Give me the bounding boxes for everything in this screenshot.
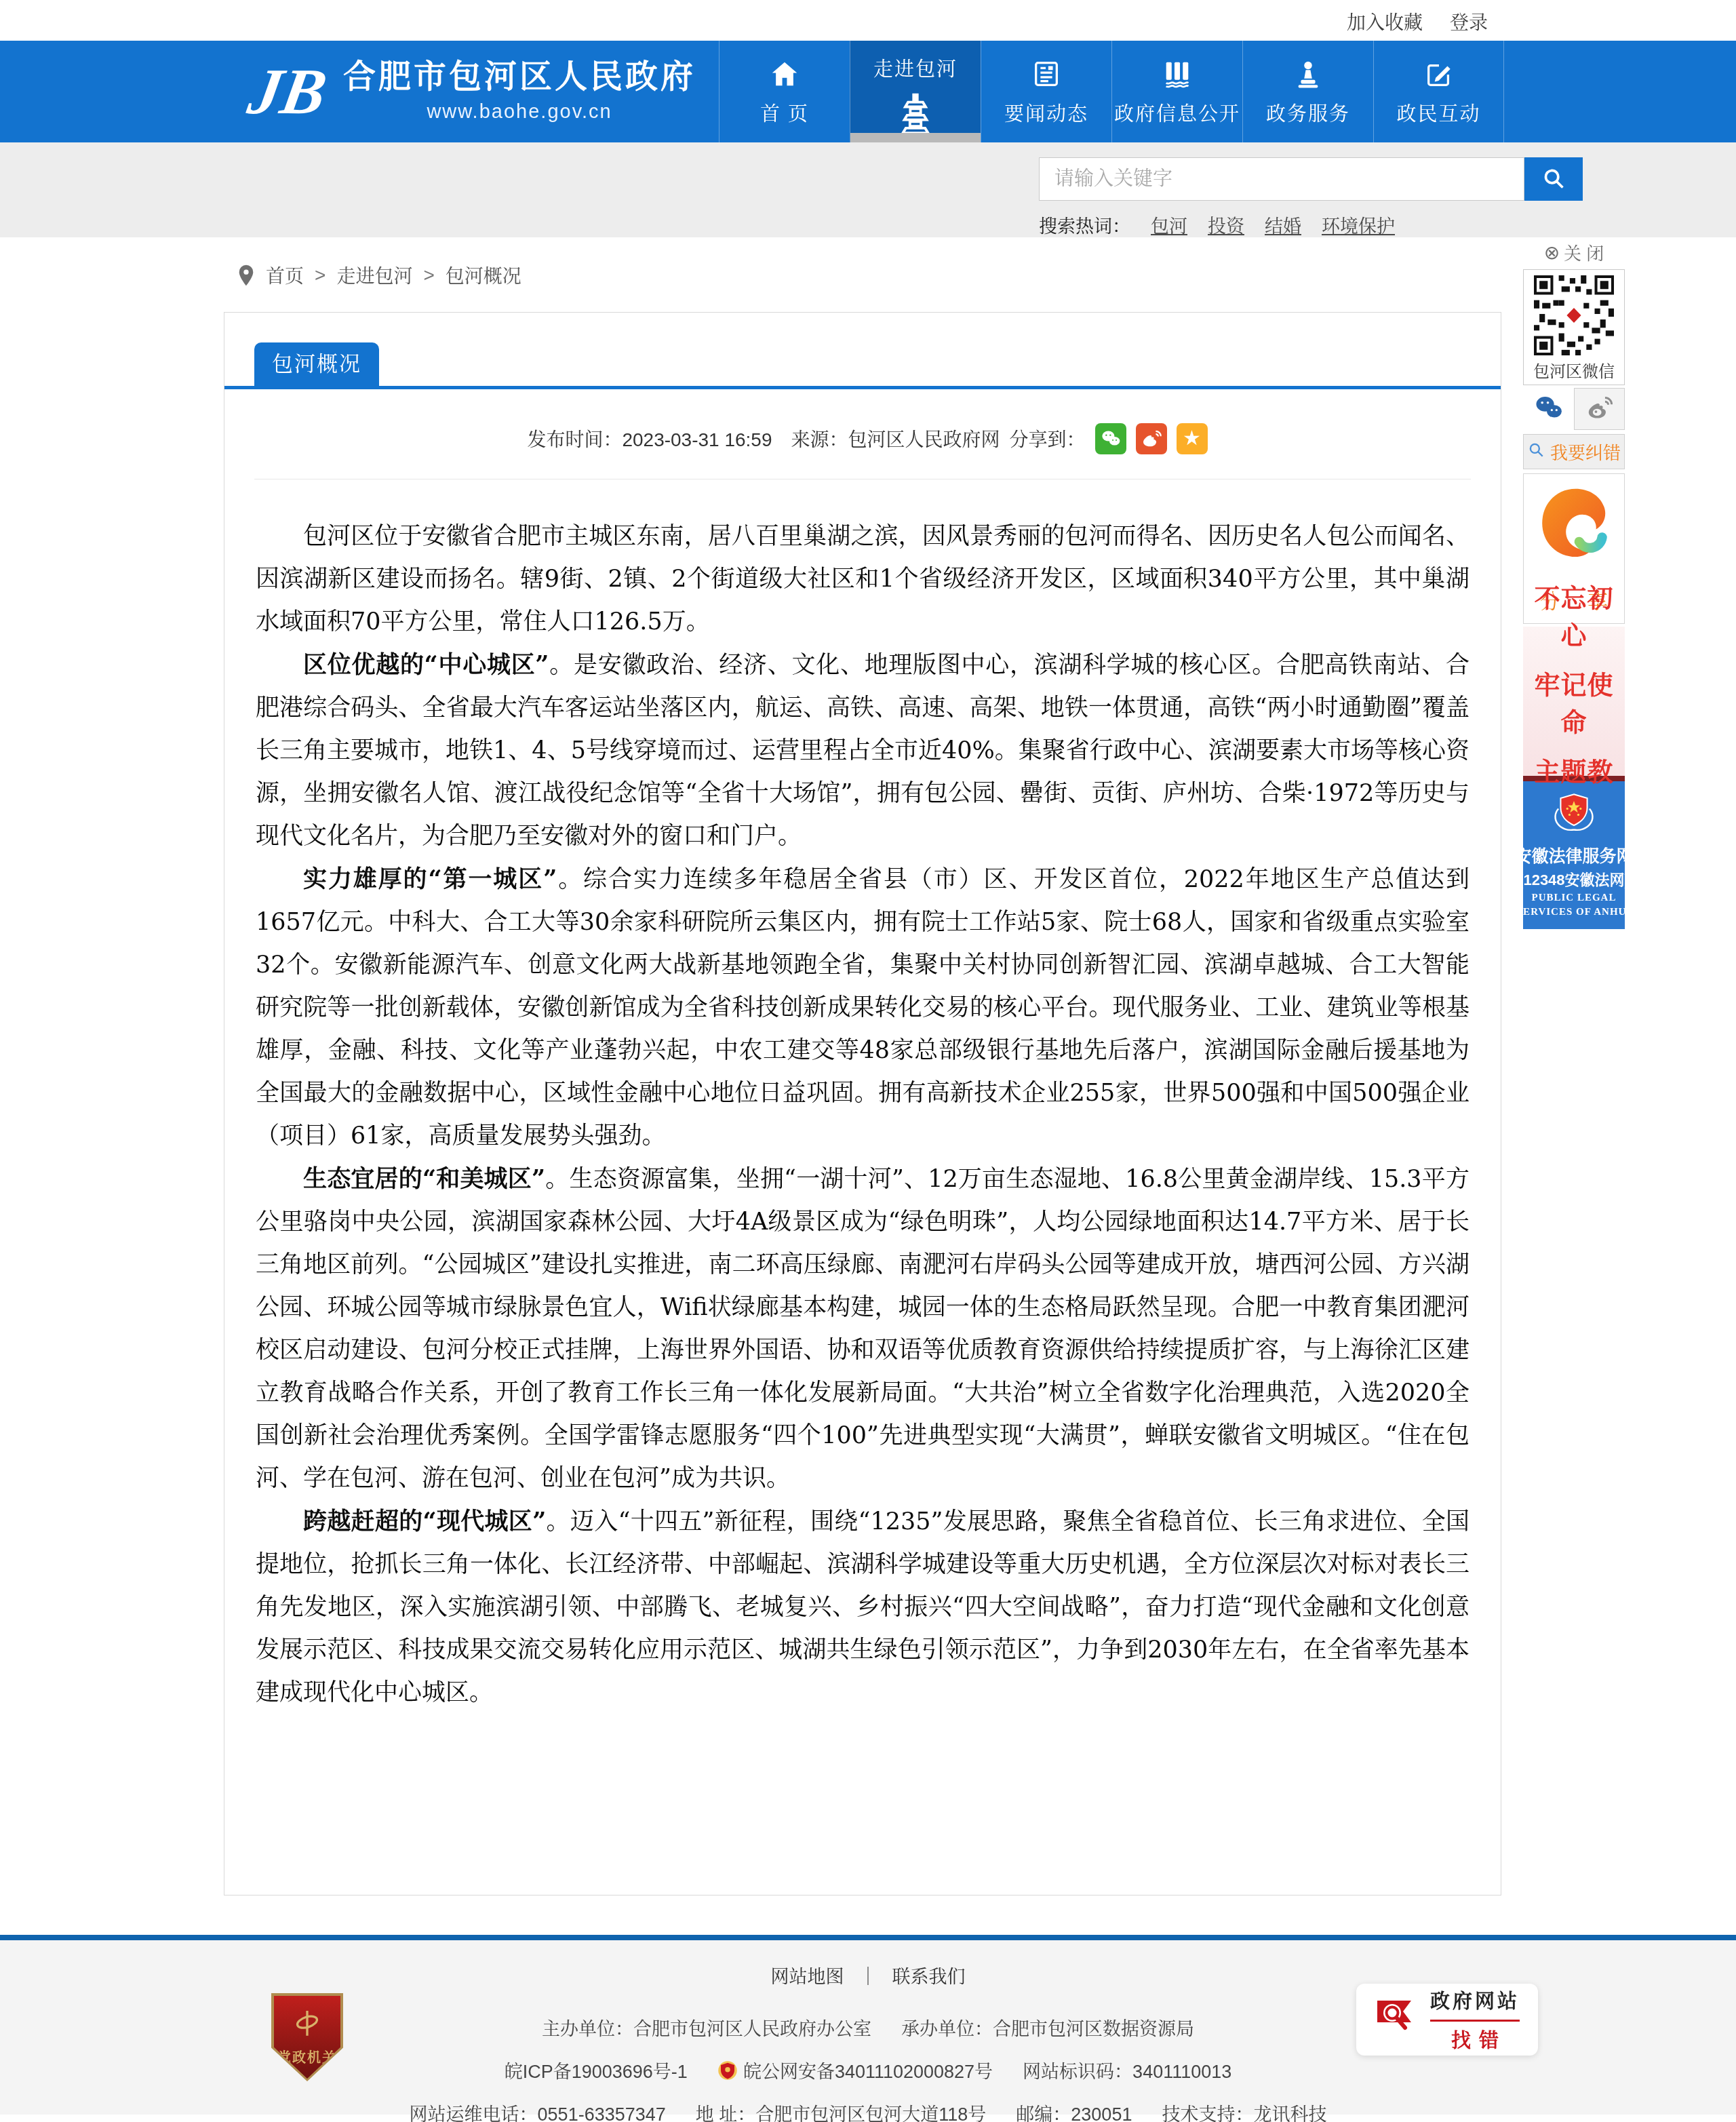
contact-link[interactable]: 联系我们	[892, 1962, 966, 1988]
share-label: 分享到：	[1010, 425, 1086, 452]
share-weibo-icon[interactable]	[1136, 423, 1167, 454]
party-gov-seal: 党政机关	[271, 1993, 343, 2095]
sidebar-close-button[interactable]: ⊗ 关 闭	[1523, 240, 1625, 265]
error-correction-label: 我要纠错	[1550, 439, 1621, 465]
seal-emblem-icon	[294, 2008, 321, 2045]
paragraph: 实力雄厚的“第一城区”。综合实力连续多年稳居全省县（市）区、开发区首位，2022…	[256, 858, 1469, 1158]
breadcrumb: 首页 > 走进包河 > 包河概况	[237, 263, 1736, 288]
breadcrumb-current: 包河概况	[446, 262, 521, 289]
topbar: 加入收藏 登录	[0, 0, 1736, 41]
hot-word-invest[interactable]: 投资	[1208, 212, 1244, 238]
add-favorite-link[interactable]: 加入收藏	[1347, 8, 1423, 35]
footer-links: 网站地图 ｜ 联系我们	[0, 1940, 1736, 1988]
nav-label: 首 页	[760, 99, 809, 127]
location-pin-icon	[237, 264, 255, 287]
paragraph: 跨越赶超的“现代城区”。迈入“十四五”新征程，围绕“1235”发展思路，聚焦全省…	[256, 1500, 1469, 1714]
postcode: 邮编：230051	[1016, 2100, 1132, 2122]
magnifier-icon	[1527, 441, 1545, 463]
hot-words-label: 搜索热词：	[1039, 212, 1130, 238]
seal-label: 党政机关	[277, 2047, 337, 2066]
breadcrumb-separator: >	[315, 264, 325, 286]
footer-icp-row: 皖ICP备19003696号-1 皖公网安备34011102000827号 网站…	[0, 2057, 1736, 2083]
icp-number-link[interactable]: 皖ICP备19003696号-1	[505, 2057, 688, 2083]
police-badge-icon	[717, 2060, 738, 2081]
footer: 网站地图 ｜ 联系我们 主办单位：合肥市包河区人民政府办公室 承办单位：合肥市包…	[0, 1935, 1736, 2115]
qr-caption: 包河区微信	[1529, 358, 1619, 382]
books-icon	[1162, 57, 1193, 91]
error-correction-button[interactable]: 我要纠错	[1523, 434, 1625, 469]
host-unit: 主办单位：合肥市包河区人民政府办公室	[542, 2014, 871, 2041]
legal-title: 安徽法律服务网	[1515, 843, 1634, 867]
share-swirl-icon	[1530, 484, 1618, 575]
article-meta: 发布时间：2023-03-31 16:59 来源：包河区人民政府网 分享到： ★	[254, 389, 1471, 479]
site-code: 网站标识码：3401110013	[1023, 2057, 1231, 2083]
tab-row: 包河概况	[224, 313, 1501, 389]
legal-emblem-icon	[1552, 792, 1596, 838]
footer-link-divider: ｜	[859, 1962, 877, 1988]
legal-subtitle: (12348安徽法网)	[1518, 869, 1630, 890]
search-button[interactable]	[1524, 157, 1583, 201]
nav-item-gov-services[interactable]: 政务服务	[1242, 41, 1373, 142]
article-card: 包河概况 发布时间：2023-03-31 16:59 来源：包河区人民政府网 分…	[224, 312, 1501, 1895]
search-input[interactable]	[1039, 157, 1524, 201]
article-source: 来源：包河区人民政府网	[791, 425, 1000, 452]
pencil-edit-icon	[1423, 57, 1455, 91]
police-record-link[interactable]: 皖公网安备34011102000827号	[743, 2057, 993, 2083]
office-address: 地 址：合肥市包河区包河大道118号	[696, 2100, 987, 2122]
right-sidebar: ⊗ 关 闭	[1523, 240, 1625, 929]
legal-en-line1: PUBLIC LEGAL	[1532, 892, 1617, 904]
slogan-line: 牢记使命	[1523, 664, 1625, 739]
site-url: www.baohe.gov.cn	[343, 101, 696, 123]
sitemap-link[interactable]: 网站地图	[771, 1962, 844, 1988]
home-icon	[769, 57, 800, 91]
sidebar-weibo-button[interactable]	[1574, 388, 1625, 430]
breadcrumb-about-baohe[interactable]: 走进包河	[336, 262, 412, 289]
error-finder-flag-icon	[1375, 1992, 1419, 2047]
nav-item-interaction[interactable]: 政民互动	[1373, 41, 1504, 142]
search-box	[1039, 157, 1583, 201]
nav-label: 政民互动	[1396, 99, 1480, 127]
sidebar-sns-row	[1523, 388, 1625, 430]
pagoda-icon	[892, 93, 939, 149]
seal-stamp-icon	[1293, 57, 1324, 91]
close-label: 关 闭	[1564, 240, 1604, 265]
article-body: 包河区位于安徽省合肥市主城区东南，居八百里巢湖之滨，因风景秀丽的包河而得名、因历…	[224, 479, 1501, 1714]
slogan-line: 不忘初心	[1523, 577, 1625, 652]
publish-time: 发布时间：2023-03-31 16:59	[527, 425, 772, 452]
share-qzone-star-icon[interactable]: ★	[1177, 423, 1208, 454]
maintenance-phone: 网站运维电话：0551-63357347	[410, 2100, 666, 2122]
login-link[interactable]: 登录	[1450, 8, 1488, 35]
hot-word-environment[interactable]: 环境保护	[1322, 212, 1395, 238]
gov-site-error-badge[interactable]: 政府网站 找错	[1356, 1984, 1538, 2056]
legal-en-line2: SERVICES OF ANHUI	[1517, 907, 1631, 918]
breadcrumb-home[interactable]: 首页	[266, 262, 304, 289]
nav-item-news[interactable]: 要闻动态	[981, 41, 1111, 142]
hot-word-baohe[interactable]: 包河	[1151, 212, 1187, 238]
site-logo[interactable]: JB 合肥市包河区人民政府 www.baohe.gov.cn	[250, 41, 696, 142]
nav-label: 政务服务	[1266, 99, 1350, 127]
tech-support: 技术支持：龙讯科技	[1162, 2100, 1326, 2122]
breadcrumb-separator: >	[423, 264, 434, 286]
site-title: 合肥市包河区人民政府	[343, 60, 696, 96]
nav-label: 政府信息公开	[1114, 99, 1240, 127]
hot-word-marriage[interactable]: 结婚	[1265, 212, 1301, 238]
hot-words-row: 搜索热词： 包河 投资 结婚 环境保护	[1039, 212, 1395, 238]
organizer-unit: 承办单位：合肥市包河区数据资源局	[901, 2014, 1194, 2041]
topbar-links: 加入收藏 登录	[1347, 8, 1488, 35]
paragraph: 生态宜居的“和美城区”。生态资源富集，坐拥“一湖十河”、12万亩生态湿地、16.…	[256, 1158, 1469, 1500]
footer-contact-row: 网站运维电话：0551-63357347 地 址：合肥市包河区包河大道118号 …	[0, 2100, 1736, 2122]
tab-baohe-overview[interactable]: 包河概况	[254, 342, 379, 386]
newspaper-icon	[1031, 57, 1062, 91]
weibo-icon	[1585, 395, 1614, 424]
close-icon: ⊗	[1544, 241, 1560, 264]
site-header: JB 合肥市包河区人民政府 www.baohe.gov.cn 首 页 走进包河	[0, 41, 1736, 142]
main-nav: 首 页 走进包河 要闻动态	[719, 41, 1504, 142]
share-wechat-icon[interactable]	[1095, 423, 1126, 454]
search-band: 搜索热词： 包河 投资 结婚 环境保护	[0, 142, 1736, 237]
wechat-icon	[1533, 394, 1564, 425]
badge-line1: 政府网站	[1430, 1986, 1520, 2022]
nav-label: 要闻动态	[1004, 99, 1088, 127]
wechat-qr-box: 包河区微信	[1523, 269, 1625, 385]
logo-mark-icon: JB	[244, 59, 332, 124]
nav-label: 走进包河	[873, 54, 958, 82]
paragraph: 包河区位于安徽省合肥市主城区东南，居八百里巢湖之滨，因风景秀丽的包河而得名、因历…	[256, 515, 1469, 644]
nav-item-home[interactable]: 首 页	[719, 41, 850, 142]
badge-line2: 找错	[1443, 2026, 1507, 2054]
nav-item-gov-info[interactable]: 政府信息公开	[1111, 41, 1242, 142]
qr-code-image	[1529, 275, 1619, 355]
theme-education-banner[interactable]: 不忘初心 牢记使命 主题教育	[1523, 627, 1625, 781]
paragraph: 区位优越的“中心城区”。是安徽政治、经济、文化、地理版图中心，滨湖科学城的核心区…	[256, 644, 1469, 858]
nav-item-about-baohe[interactable]: 走进包河	[850, 41, 981, 142]
search-icon	[1541, 165, 1566, 193]
sidebar-wechat-button[interactable]	[1523, 388, 1574, 430]
